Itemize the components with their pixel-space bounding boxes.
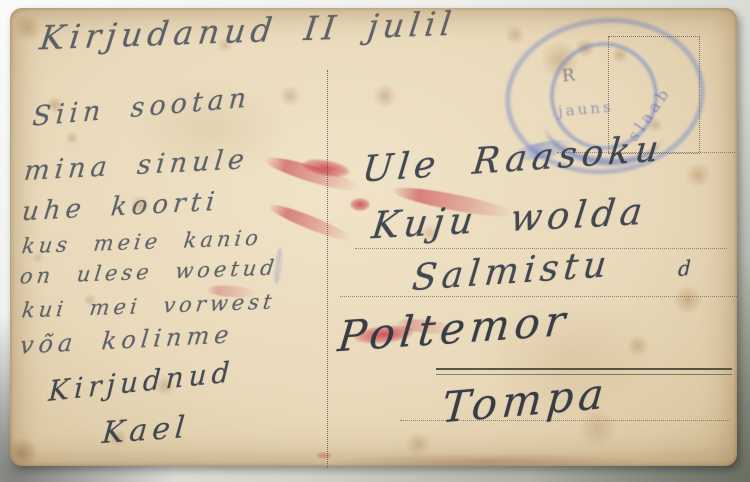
photo-backdrop: R jauns slaab Kirjudanud II julil Siin s… [0, 0, 750, 482]
message-line: on ulese woetud [19, 257, 279, 287]
message-signature-line: Kirjudnud [48, 358, 235, 406]
red-crayon-mark [316, 452, 332, 459]
message-line: võa kolinme [19, 322, 235, 357]
address-line: Kuju wolda [370, 193, 649, 245]
address-line: Salmistu [410, 247, 613, 297]
postmark-text-fragment: R [561, 65, 576, 86]
message-signature-name: Kael [101, 413, 191, 449]
message-line: kui mei vorwest [21, 292, 277, 322]
message-line: Siin sootan [31, 84, 252, 130]
red-crayon-mark [266, 200, 354, 246]
red-crayon-mark [262, 152, 362, 197]
message-line: mina sinule [23, 146, 251, 185]
postcard-divider-line [327, 70, 328, 468]
red-crayon-mark [301, 156, 351, 180]
address-line: Poltemor [336, 300, 572, 359]
handwriting-date-line: Kirjudanud II julil [38, 7, 458, 55]
address-rule-3 [340, 296, 737, 297]
red-crayon-mark [350, 198, 370, 211]
message-line: kus meie kanio [21, 228, 263, 257]
postmark-text-fragment: jauns [557, 98, 614, 121]
address-extra-mark: d [678, 257, 696, 280]
message-line: uhe koorti [21, 189, 221, 226]
address-line: Ule Raasoku [360, 131, 665, 188]
postcard: R jauns slaab Kirjudanud II julil Siin s… [10, 8, 737, 466]
